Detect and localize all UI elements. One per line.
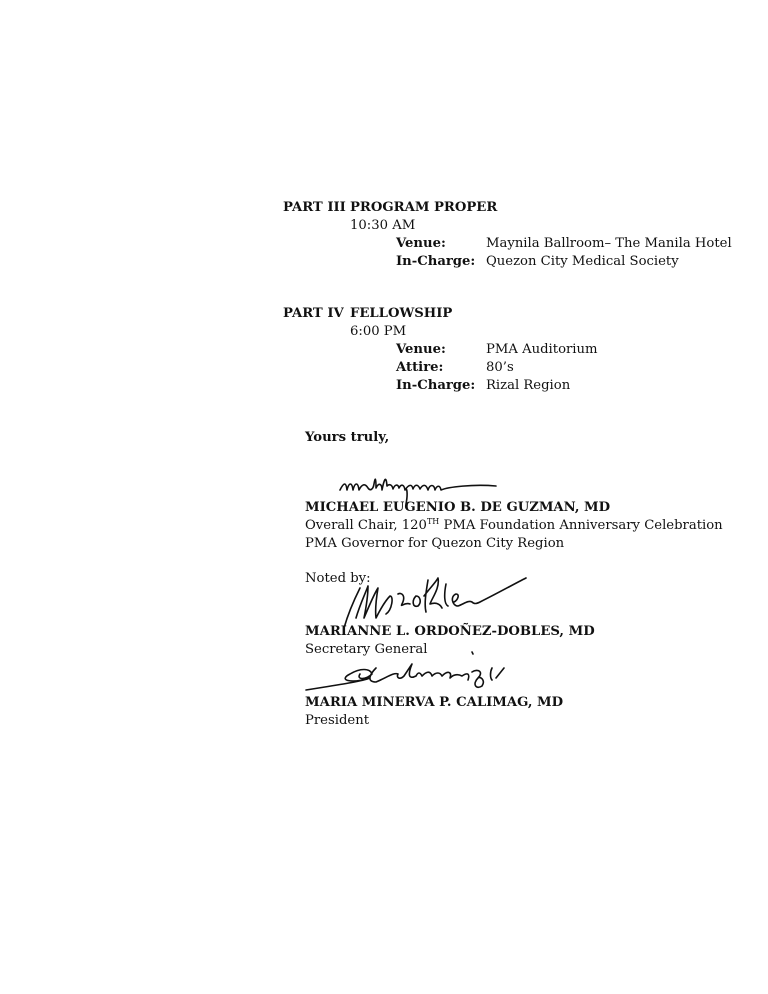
signatory-1-title: Overall Chair, 120TH PMA Foundation Anni… [305,517,723,535]
signatory-1-title-2: PMA Governor for Quezon City Region [305,535,564,553]
signatory-2-name: MARIANNE L. ORDOÑEZ-DOBLES, MD [305,623,595,641]
part-4-title: FELLOWSHIP [350,305,452,323]
part-4-venue-value: PMA Auditorium [486,341,598,359]
part-3-time: 10:30 AM [350,217,415,235]
part-4-incharge-label: In-Charge: [396,377,475,395]
signatory-1-title-sup: TH [427,517,439,526]
part-3-incharge-label: In-Charge: [396,253,475,271]
part-4-venue-label: Venue: [396,341,446,359]
part-3-label: PART III [283,199,346,217]
signature-calimag [300,650,530,695]
part-4-attire-value: 80’s [486,359,514,377]
part-3-venue-label: Venue: [396,235,446,253]
signatory-1-title-text: Overall Chair, 120 [305,518,427,533]
part-4-attire-label: Attire: [396,359,443,377]
document-page: PART III PROGRAM PROPER 10:30 AM Venue: … [0,0,768,994]
signatory-3-title: President [305,712,369,730]
signatory-1-title-rest: PMA Foundation Anniversary Celebration [439,518,722,533]
part-4-label: PART IV [283,305,344,323]
signatory-1-name: MICHAEL EUGENIO B. DE GUZMAN, MD [305,499,610,517]
part-3-incharge-value: Quezon City Medical Society [486,253,679,271]
signatory-3-name: MARIA MINERVA P. CALIMAG, MD [305,694,563,712]
part-4-time: 6:00 PM [350,323,406,341]
part-4-incharge-value: Rizal Region [486,377,570,395]
part-3-title: PROGRAM PROPER [350,199,497,217]
closing-salutation: Yours truly, [305,429,389,447]
part-3-venue-value: Maynila Ballroom– The Manila Hotel [486,235,732,253]
